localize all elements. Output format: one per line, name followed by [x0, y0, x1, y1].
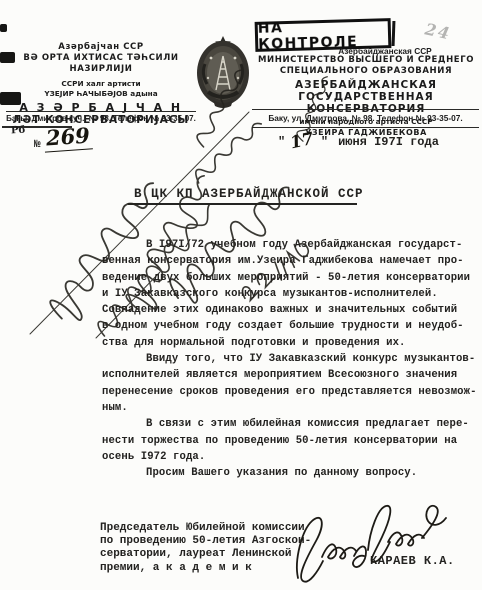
address-right: Баку, ул. Дмитрова, № 98. Телефон № 93-3…	[252, 113, 479, 123]
scan-artifact	[0, 24, 7, 32]
signer-name: КАРАЕВ К.А.	[370, 554, 455, 568]
doc-number-label: №	[34, 139, 41, 151]
letterhead-divider-left	[6, 111, 196, 112]
letterhead-divider-right-top	[252, 109, 479, 110]
addressee-underline	[128, 203, 357, 205]
closing-title-line: премии, а к а д е м и к	[100, 562, 311, 575]
body-line: осень I972 года.	[102, 449, 478, 465]
date-quote-open: "	[278, 135, 285, 149]
lh-left-republic: Азәрбаjчан ССР	[6, 42, 196, 53]
doc-number-handwritten: 269	[43, 122, 93, 152]
closing-title-line: Председатель Юбилейной комиссии	[100, 522, 311, 535]
scanned-letter-page: НА КОНТРОЛЕ Азербайджанская ССР 24 Азәрб…	[0, 0, 482, 590]
body-line: в одном учебном году создает большие тру…	[102, 318, 478, 334]
stamp-bracket-tick	[392, 21, 396, 46]
lh-left-honor2: ҮЗЕJИР ҺАЧЫБӘJОВ адына	[6, 89, 196, 99]
lh-left-honor1: ССРИ халг артисти	[6, 79, 196, 89]
addressee-line: В ЦК КП АЗЕРБАЙДЖАНСКОЙ ССР	[134, 187, 364, 201]
lh-left-ministry: ВӘ ОРТА ИХТИСАС ТӘҺСИЛИ НАЗИРЛИJИ	[6, 53, 196, 75]
body-line: В I97I/72 учебном году Азербайджанская г…	[102, 237, 478, 253]
pencil-corner-mark: 24	[423, 19, 453, 43]
body-line: ства для нормальной подготовки и проведе…	[102, 335, 478, 351]
body-line: венная консерватория им.Узеира Гаджибеко…	[102, 253, 478, 269]
closing-title-line: по проведению 50-летия Азгоскон-	[100, 535, 311, 548]
body-line: ным.	[102, 400, 478, 416]
body-line: ведение двух больших мероприятий - 50-ле…	[102, 270, 478, 286]
letterhead-divider-right-bottom	[252, 127, 479, 128]
body-line: исполнителей является мероприятием Всесо…	[102, 367, 478, 383]
lh-right-ministry1: МИНИСТЕРСТВО ВЫСШЕГО И СРЕДНЕГО	[252, 55, 480, 66]
date-typed: июня I97I года	[338, 135, 439, 149]
lh-left-org1: А З Ә Р Б А J Ч А Н	[6, 101, 196, 114]
body-line: перенесение сроков проведения его предст…	[102, 384, 478, 400]
closing-title-line: серватории, лауреат Ленинской	[100, 548, 311, 561]
lh-right-org1: АЗЕРБАЙДЖАНСКАЯ	[252, 79, 480, 91]
lh-right-ministry2: СПЕЦИАЛЬНОГО ОБРАЗОВАНИЯ	[252, 66, 480, 77]
body-line: и IУ Закавказского конкурса музыкантов-и…	[102, 286, 478, 302]
body-line: В связи с этим юбилейная комиссия предла…	[102, 416, 478, 432]
letter-body: В I97I/72 учебном году Азербайджанская г…	[102, 237, 478, 481]
body-line: Просим Вашего указания по данному вопрос…	[102, 465, 478, 481]
body-line: Ввиду того, что IУ Закавказский конкурс …	[102, 351, 478, 367]
body-line: нести торжества по проведению 50-летия к…	[102, 433, 478, 449]
date-quote-close: "	[321, 135, 328, 149]
closing-title-block: Председатель Юбилейной комиссиипо провед…	[100, 522, 311, 575]
address-left: Бакы, Дмитров куч., № 98. Телефон № 93-3…	[6, 114, 196, 123]
date-day-handwritten: 17	[289, 129, 316, 153]
lh-right-org2: ГОСУДАРСТВЕННАЯ КОНСЕРВАТОРИЯ	[252, 91, 480, 115]
state-emblem-seal-icon	[196, 34, 250, 108]
date-line: " 17 " июня I97I года	[278, 135, 439, 155]
registry-side-mark: Рб	[11, 125, 26, 137]
karaev-signature	[297, 506, 446, 582]
body-line: Совпадение этих одинаково важных и значи…	[102, 302, 478, 318]
letterhead-right: МИНИСТЕРСТВО ВЫСШЕГО И СРЕДНЕГО СПЕЦИАЛЬ…	[252, 55, 480, 138]
